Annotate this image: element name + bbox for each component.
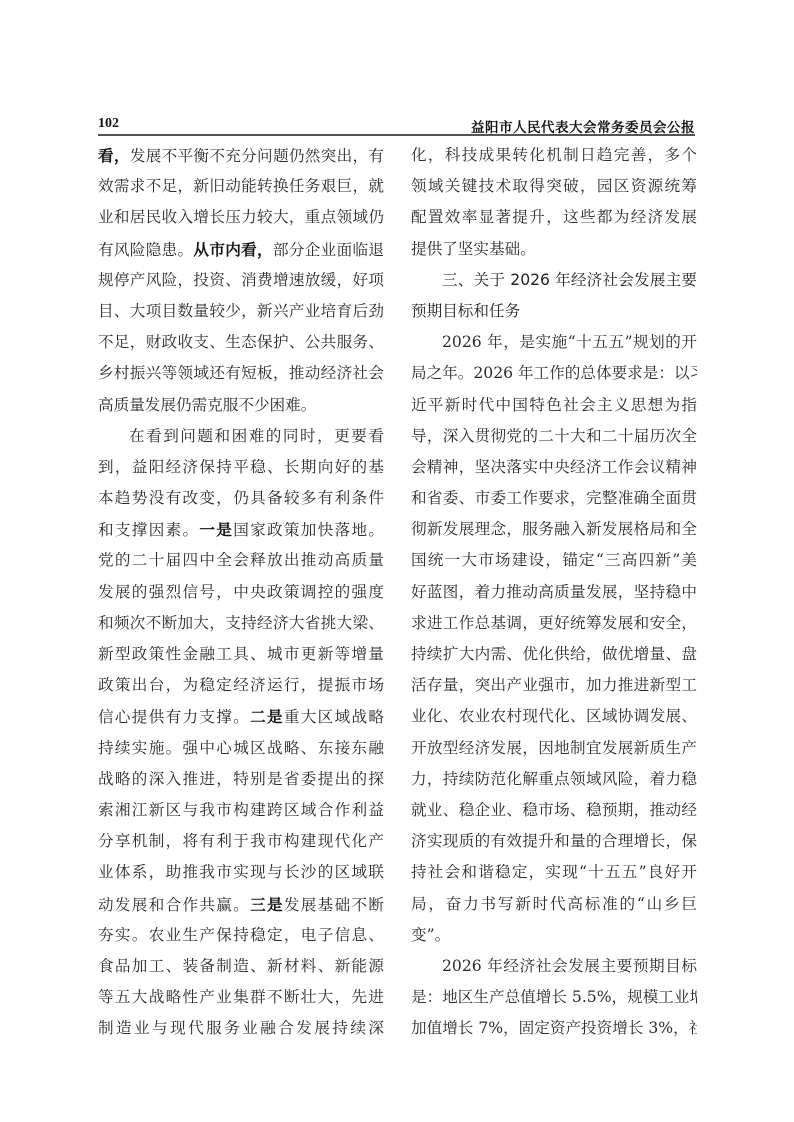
body-text: 不足，财政收支、生态保护、公共服务、 [98,333,384,351]
body-text: 和省委、市委工作要求，完整准确全面贯 [411,489,697,507]
text-line: 活存量，突出产业强市，加力推进新型工 [411,670,697,701]
text-line: 政策出台，为稳定经济运行，提振市场 [98,670,384,701]
text-line: 在看到问题和困难的同时，更要看 [98,421,384,452]
body-text: 分享机制，将有利于我市构建现代化产 [98,832,384,850]
text-line: 是：地区生产总值增长 5.5%，规模工业增 [411,982,697,1013]
body-text: 三、关于 2026 年经济社会发展主要 [442,271,697,289]
body-text: 业和居民收入增长压力较大，重点领域仍 [98,208,384,226]
text-line: 配置效率显著提升，这些都为经济发展 [411,202,697,233]
text-line: 和省委、市委工作要求，完整准确全面贯 [411,483,697,514]
body-text: 国家政策加快落地。 [233,521,384,539]
text-line: 开放型经济发展，因地制宜发展新质生产 [411,733,697,764]
body-text: 索湘江新区与我市构建跨区域合作利益 [98,801,384,819]
text-line: 导，深入贯彻党的二十大和二十届历次全 [411,421,697,452]
text-line: 和频次不断加大，支持经济大省挑大梁、 [98,608,384,639]
body-text: 制造业与现代服务业融合发展持续深 [98,1019,384,1037]
text-line: 高质量发展仍需克服不少困难。 [98,390,384,421]
body-text: 效需求不足，新旧动能转换任务艰巨，就 [98,177,384,195]
text-line: 规停产风险，投资、消费增速放缓，好项 [98,265,384,296]
text-line: 局之年。2026 年工作的总体要求是：以习 [411,358,697,389]
body-text: 到，益阳经济保持平稳、长期向好的基 [98,458,384,476]
body-text: 领域关键技术取得突破，园区资源统筹 [411,177,697,195]
text-line: 食品加工、装备制造、新材料、新能源 [98,951,384,982]
text-line: 业化、农业农村现代化、区域协调发展、 [411,701,697,732]
body-text: 部分企业面临退 [273,241,384,259]
text-line: 2026 年，是实施“十五五”规划的开 [411,327,697,358]
text-line: 持社会和谐稳定，实现“十五五”良好开 [411,857,697,888]
text-line: 好蓝图，着力推动高质量发展，坚持稳中 [411,577,697,608]
body-text: 局之年。2026 年工作的总体要求是：以习 [411,364,697,382]
body-text: 活存量，突出产业强市，加力推进新型工 [411,676,697,694]
body-text: 济实现质的有效提升和量的合理增长，保 [411,832,697,850]
bold-lead-text: 一是 [199,520,233,539]
text-line: 会精神，坚决落实中央经济工作会议精神 [411,452,697,483]
text-line: 力，持续防范化解重点领域风险，着力稳 [411,764,697,795]
body-text: 预期目标和任务 [411,302,520,320]
text-line: 信心提供有力支撑。二是重大区域战略 [98,701,384,732]
left-column: 看，发展不平衡不充分问题仍然突出，有效需求不足，新旧动能转换任务艰巨，就业和居民… [98,140,384,1044]
body-text: 和支撑因素。 [98,521,199,539]
journal-title: 益阳市人民代表大会常务委员会公报 [471,116,695,136]
text-line: 持续扩大内需、优化供给，做优增量、盘 [411,639,697,670]
body-text: 近平新时代中国特色社会主义思想为指 [411,396,697,414]
text-line: 目、大项目数量较少，新兴产业培育后劲 [98,296,384,327]
body-text: 政策出台，为稳定经济运行，提振市场 [98,676,384,694]
text-line: 效需求不足，新旧动能转换任务艰巨，就 [98,171,384,202]
body-text: 发展的强烈信号，中央政策调控的强度 [98,583,384,601]
body-text: 乡村振兴等领域还有短板，推动经济社会 [98,364,384,382]
body-text: 力，持续防范化解重点领域风险，着力稳 [411,770,697,788]
text-line: 业和居民收入增长压力较大，重点领域仍 [98,202,384,233]
body-text: 配置效率显著提升，这些都为经济发展 [411,208,697,226]
body-text: 战略的深入推进，特别是省委提出的探 [98,770,384,788]
body-text: 持续扩大内需、优化供给，做优增量、盘 [411,645,697,663]
body-text: 是：地区生产总值增长 5.5%，规模工业增 [411,988,697,1006]
text-line: 制造业与现代服务业融合发展持续深 [98,1013,384,1044]
body-text: 业体系，助推我市实现与长沙的区域联 [98,863,384,881]
body-text: 等五大战略性产业集群不断壮大，先进 [98,988,384,1006]
text-line: 新型政策性金融工具、城市更新等增量 [98,639,384,670]
text-line: 领域关键技术取得突破，园区资源统筹 [411,171,697,202]
body-text: 党的二十届四中全会释放出推动高质量 [98,551,384,569]
text-line: 提供了坚实基础。 [411,234,697,265]
body-text: 2026 年经济社会发展主要预期目标 [442,957,697,975]
text-line: 加值增长 7%，固定资产投资增长 3%，社 [411,1013,697,1044]
body-text: 化，科技成果转化机制日趋完善，多个 [411,146,697,164]
body-text: 就业、稳企业、稳市场、稳预期，推动经 [411,801,697,819]
body-text: 动发展和合作共赢。 [98,896,250,914]
text-line: 变”。 [411,920,697,951]
body-text: 业化、农业农村现代化、区域协调发展、 [411,707,697,725]
body-text: 2026 年，是实施“十五五”规划的开 [442,333,697,351]
body-text: 夯实。农业生产保持稳定，电子信息、 [98,926,384,944]
body-text: 发展不平衡不充分问题仍然突出，有 [130,147,384,165]
body-text: 高质量发展仍需克服不少困难。 [98,396,316,414]
text-line: 看，发展不平衡不充分问题仍然突出，有 [98,140,384,171]
text-line: 党的二十届四中全会释放出推动高质量 [98,545,384,576]
text-line: 彻新发展理念，服务融入新发展格局和全 [411,514,697,545]
page-header: 102 益阳市人民代表大会常务委员会公报 [98,116,695,134]
body-text: 重大区域战略 [284,708,384,726]
header-rule [98,134,695,136]
body-text: 会精神，坚决落实中央经济工作会议精神 [411,458,697,476]
text-line: 业体系，助推我市实现与长沙的区域联 [98,857,384,888]
body-text: 开放型经济发展，因地制宜发展新质生产 [411,739,697,757]
body-text: 信心提供有力支撑。 [98,708,250,726]
text-line: 战略的深入推进，特别是省委提出的探 [98,764,384,795]
body-text: 提供了坚实基础。 [411,240,536,258]
text-line: 2026 年经济社会发展主要预期目标 [411,951,697,982]
body-text: 好蓝图，着力推动高质量发展，坚持稳中 [411,583,697,601]
text-line: 求进工作总基调，更好统筹发展和安全， [411,608,697,639]
body-text: 在看到问题和困难的同时，更要看 [129,427,384,445]
text-line: 持续实施。强中心城区战略、东接东融 [98,733,384,764]
bold-lead-text: 二是 [250,707,284,726]
text-line: 等五大战略性产业集群不断壮大，先进 [98,982,384,1013]
text-line: 国统一大市场建设，锚定“三高四新”美 [411,545,697,576]
text-line: 有风险隐患。从市内看，部分企业面临退 [98,234,384,265]
text-line: 近平新时代中国特色社会主义思想为指 [411,390,697,421]
body-text: 持续实施。强中心城区战略、东接东融 [98,739,384,757]
text-line: 化，科技成果转化机制日趋完善，多个 [411,140,697,171]
body-text: 有风险隐患。 [98,241,193,259]
body-text: 国统一大市场建设，锚定“三高四新”美 [411,551,697,569]
body-text: 发展基础不断 [284,896,384,914]
body-text: 彻新发展理念，服务融入新发展格局和全 [411,520,697,538]
page-number: 102 [98,116,119,132]
text-line: 济实现质的有效提升和量的合理增长，保 [411,826,697,857]
text-line: 动发展和合作共赢。三是发展基础不断 [98,889,384,920]
body-text: 持社会和谐稳定，实现“十五五”良好开 [411,863,697,881]
text-line: 不足，财政收支、生态保护、公共服务、 [98,327,384,358]
body-text: 局，奋力书写新时代高标准的“山乡巨 [411,895,697,913]
text-line: 发展的强烈信号，中央政策调控的强度 [98,577,384,608]
text-line: 就业、稳企业、稳市场、稳预期，推动经 [411,795,697,826]
bold-lead-text: 三是 [250,895,284,914]
body-text: 和频次不断加大，支持经济大省挑大梁、 [98,614,384,632]
body-text: 导，深入贯彻党的二十大和二十届历次全 [411,427,697,445]
text-line: 局，奋力书写新时代高标准的“山乡巨 [411,889,697,920]
body-text: 变”。 [411,926,450,944]
body-text: 目、大项目数量较少，新兴产业培育后劲 [98,302,384,320]
body-text: 食品加工、装备制造、新材料、新能源 [98,957,384,975]
right-column: 化，科技成果转化机制日趋完善，多个领域关键技术取得突破，园区资源统筹配置效率显著… [411,140,697,1044]
body-text: 加值增长 7%，固定资产投资增长 3%，社 [411,1019,697,1037]
text-line: 乡村振兴等领域还有短板，推动经济社会 [98,358,384,389]
body-text: 新型政策性金融工具、城市更新等增量 [98,645,384,663]
bold-lead-text: 从市内看， [193,240,273,259]
section-heading-line: 预期目标和任务 [411,296,697,327]
bold-lead-text: 看， [98,146,130,165]
body-text: 求进工作总基调，更好统筹发展和安全， [411,614,697,632]
text-line: 到，益阳经济保持平稳、长期向好的基 [98,452,384,483]
body-text: 本趋势没有改变，仍具备较多有利条件 [98,489,384,507]
text-line: 本趋势没有改变，仍具备较多有利条件 [98,483,384,514]
text-line: 索湘江新区与我市构建跨区域合作利益 [98,795,384,826]
text-line: 夯实。农业生产保持稳定，电子信息、 [98,920,384,951]
section-heading-line: 三、关于 2026 年经济社会发展主要 [411,265,697,296]
body-text: 规停产风险，投资、消费增速放缓，好项 [98,271,384,289]
text-line: 分享机制，将有利于我市构建现代化产 [98,826,384,857]
text-line: 和支撑因素。一是国家政策加快落地。 [98,514,384,545]
